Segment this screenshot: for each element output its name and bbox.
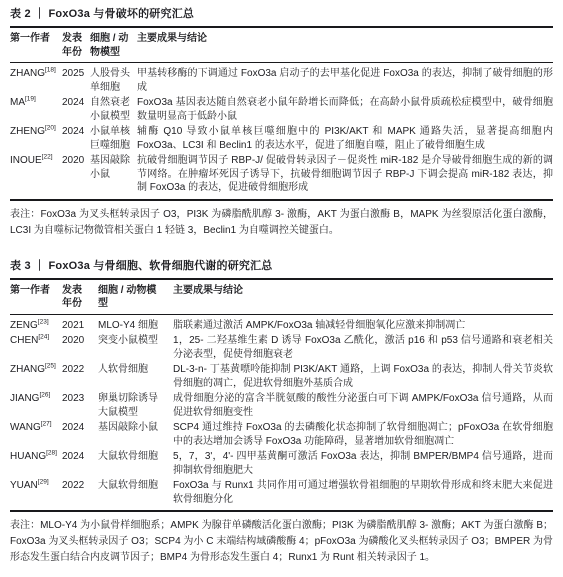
table-2-footnote: 表注：FoxO3a 为叉头框转录因子 O3，PI3K 为磷脂酰肌醇 3- 激酶，… [10,207,553,239]
section-gap [10,239,553,259]
year-cell: 2024 [62,421,88,435]
reference-superscript: [18] [45,67,56,74]
year-cell: 2022 [62,363,88,377]
year-cell: 2025 [62,67,88,81]
header-model: 细胞 / 动物模型 [90,32,135,59]
reference-superscript: [25] [45,363,56,370]
reference-superscript: [28] [46,450,57,457]
reference-superscript: [24] [38,334,49,341]
reference-superscript: [19] [25,96,36,103]
result-cell: DL-3-n- 丁基黄嘌呤能抑制 PI3K/AKT 通路，上调 FoxO3a 的… [173,363,553,390]
author-cell: INOUE[22] [10,154,62,168]
table-row: JIANG[26] 2023 卵巢切除诱导大鼠模型 成骨细胞分泌的富含半胱氨酸的… [10,392,553,419]
author-name: JIANG [10,393,39,404]
author-cell: ZHANG[25] [10,363,62,377]
table-row: YUAN[29] 2022 大鼠软骨细胞 FoxO3a 与 Runx1 共同作用… [10,479,553,506]
result-cell: 辅酶 Q10 导致小鼠单核巨噬细胞中的 PI3K/AKT 和 MAPK 通路失活… [137,125,553,152]
table-2-body: ZHANG[18] 2025 人股骨头单细胞 甲基转移酶的下调通过 FoxO3a… [10,63,553,199]
model-cell: 大鼠软骨细胞 [98,479,164,493]
header-result: 主要成果与结论 [173,284,553,298]
header-result: 主要成果与结论 [137,32,553,46]
author-name: CHEN [10,335,38,346]
table-row: ZHANG[25] 2022 人软骨细胞 DL-3-n- 丁基黄嘌呤能抑制 PI… [10,363,553,390]
model-cell: 基因敲除小鼠 [98,421,164,435]
reference-superscript: [20] [45,125,56,132]
table-3-footnote: 表注：MLO-Y4 为小鼠骨样细胞系；AMPK 为腺苷单磷酸活化蛋白激酶；PI3… [10,518,553,566]
header-year: 发表年份 [62,284,88,311]
table-3: 表 3 ｜ FoxO3a 与骨细胞、软骨细胞代谢的研究汇总 第一作者 发表年份 … [10,259,553,567]
table-row: CHEN[24] 2020 突变小鼠模型 1，25- 二羟基维生素 D 诱导 F… [10,334,553,361]
year-cell: 2020 [62,334,88,348]
model-cell: 小鼠单核巨噬细胞 [90,125,135,152]
year-cell: 2020 [62,154,88,168]
result-cell: FoxO3a 基因表达随自然衰老小鼠年龄增长而降低；在高龄小鼠骨质疏松症模型中，… [137,96,553,123]
author-cell: ZHENG[20] [10,125,62,139]
model-cell: 基因敲除小鼠 [90,154,135,181]
result-cell: FoxO3a 与 Runx1 共同作用可通过增强软骨祖细胞的早期软骨形成和终末肥… [173,479,553,506]
result-cell: 成骨细胞分泌的富含半胱氨酸的酸性分泌蛋白可下调 AMPK/FoxO3a 信号通路… [173,392,553,419]
author-cell: YUAN[29] [10,479,62,493]
author-name: MA [10,97,25,108]
divider [10,510,553,512]
author-name: YUAN [10,480,38,491]
table-3-header-row: 第一作者 发表年份 细胞 / 动物模型 主要成果与结论 [10,280,553,314]
header-author: 第一作者 [10,284,62,298]
year-cell: 2024 [62,450,88,464]
divider [10,199,553,201]
year-cell: 2023 [62,392,88,406]
table-2: 表 2 ｜ FoxO3a 与骨破坏的研究汇总 第一作者 发表年份 细胞 / 动物… [10,7,553,239]
author-cell: CHEN[24] [10,334,62,348]
author-cell: ZENG[23] [10,319,62,333]
author-name: ZHANG [10,364,45,375]
table-row: ZENG[23] 2021 MLO-Y4 细胞 脂联素通过激活 AMPK/Fox… [10,319,553,333]
reference-superscript: [22] [42,154,53,161]
model-cell: 大鼠软骨细胞 [98,450,164,464]
table-row: WANG[27] 2024 基因敲除小鼠 SCP4 通过维持 FoxO3a 的去… [10,421,553,448]
table-2-title: 表 2 ｜ FoxO3a 与骨破坏的研究汇总 [10,7,553,21]
author-cell: MA[19] [10,96,62,110]
header-author: 第一作者 [10,32,62,46]
author-cell: ZHANG[18] [10,67,62,81]
author-name: WANG [10,422,41,433]
table-row: INOUE[22] 2020 基因敲除小鼠 抗破骨细胞调节因子 RBP-J/ 促… [10,154,553,195]
result-cell: 甲基转移酶的下调通过 FoxO3a 启动子的去甲基化促进 FoxO3a 的表达，… [137,67,553,94]
result-cell: 1，25- 二羟基维生素 D 诱导 FoxO3a 乙酰化，激活 p16 和 p5… [173,334,553,361]
author-name: ZHENG [10,126,45,137]
author-cell: WANG[27] [10,421,62,435]
author-name: ZHANG [10,68,45,79]
reference-superscript: [26] [39,392,50,399]
table-2-header-row: 第一作者 发表年份 细胞 / 动物模型 主要成果与结论 [10,28,553,62]
author-cell: HUANG[28] [10,450,62,464]
year-cell: 2024 [62,96,88,110]
result-cell: SCP4 通过维持 FoxO3a 的去磷酸化状态抑制了软骨细胞凋亡；pFoxO3… [173,421,553,448]
table-3-title: 表 3 ｜ FoxO3a 与骨细胞、软骨细胞代谢的研究汇总 [10,259,553,273]
author-name: INOUE [10,155,42,166]
year-cell: 2021 [62,319,88,333]
table-3-body: ZENG[23] 2021 MLO-Y4 细胞 脂联素通过激活 AMPK/Fox… [10,315,553,511]
table-row: MA[19] 2024 自然衰老小鼠模型 FoxO3a 基因表达随自然衰老小鼠年… [10,96,553,123]
model-cell: 人软骨细胞 [98,363,164,377]
year-cell: 2024 [62,125,88,139]
table-row: HUANG[28] 2024 大鼠软骨细胞 5，7，3'，4'- 四甲基黄酮可激… [10,450,553,477]
model-cell: 自然衰老小鼠模型 [90,96,135,123]
model-cell: 人股骨头单细胞 [90,67,135,94]
author-name: ZENG [10,320,38,331]
author-cell: JIANG[26] [10,392,62,406]
result-cell: 5，7，3'，4'- 四甲基黄酮可激活 FoxO3a 表达，抑制 BMPER/B… [173,450,553,477]
header-model: 细胞 / 动物模型 [98,284,164,311]
document-page: { "table2": { "title": "表 2 ｜ FoxO3a 与骨破… [0,0,563,577]
table-row: ZHENG[20] 2024 小鼠单核巨噬细胞 辅酶 Q10 导致小鼠单核巨噬细… [10,125,553,152]
result-cell: 抗破骨细胞调节因子 RBP-J/ 促破骨转录因子－促炎性 miR-182 是介导… [137,154,553,195]
model-cell: MLO-Y4 细胞 [98,319,164,333]
author-name: HUANG [10,451,46,462]
reference-superscript: [29] [38,479,49,486]
table-row: ZHANG[18] 2025 人股骨头单细胞 甲基转移酶的下调通过 FoxO3a… [10,67,553,94]
model-cell: 卵巢切除诱导大鼠模型 [98,392,164,419]
reference-superscript: [27] [41,421,52,428]
header-year: 发表年份 [62,32,88,59]
year-cell: 2022 [62,479,88,493]
model-cell: 突变小鼠模型 [98,334,164,348]
result-cell: 脂联素通过激活 AMPK/FoxO3a 轴减轻骨细胞氧化应激来抑制凋亡 [173,319,553,333]
reference-superscript: [23] [38,318,49,325]
